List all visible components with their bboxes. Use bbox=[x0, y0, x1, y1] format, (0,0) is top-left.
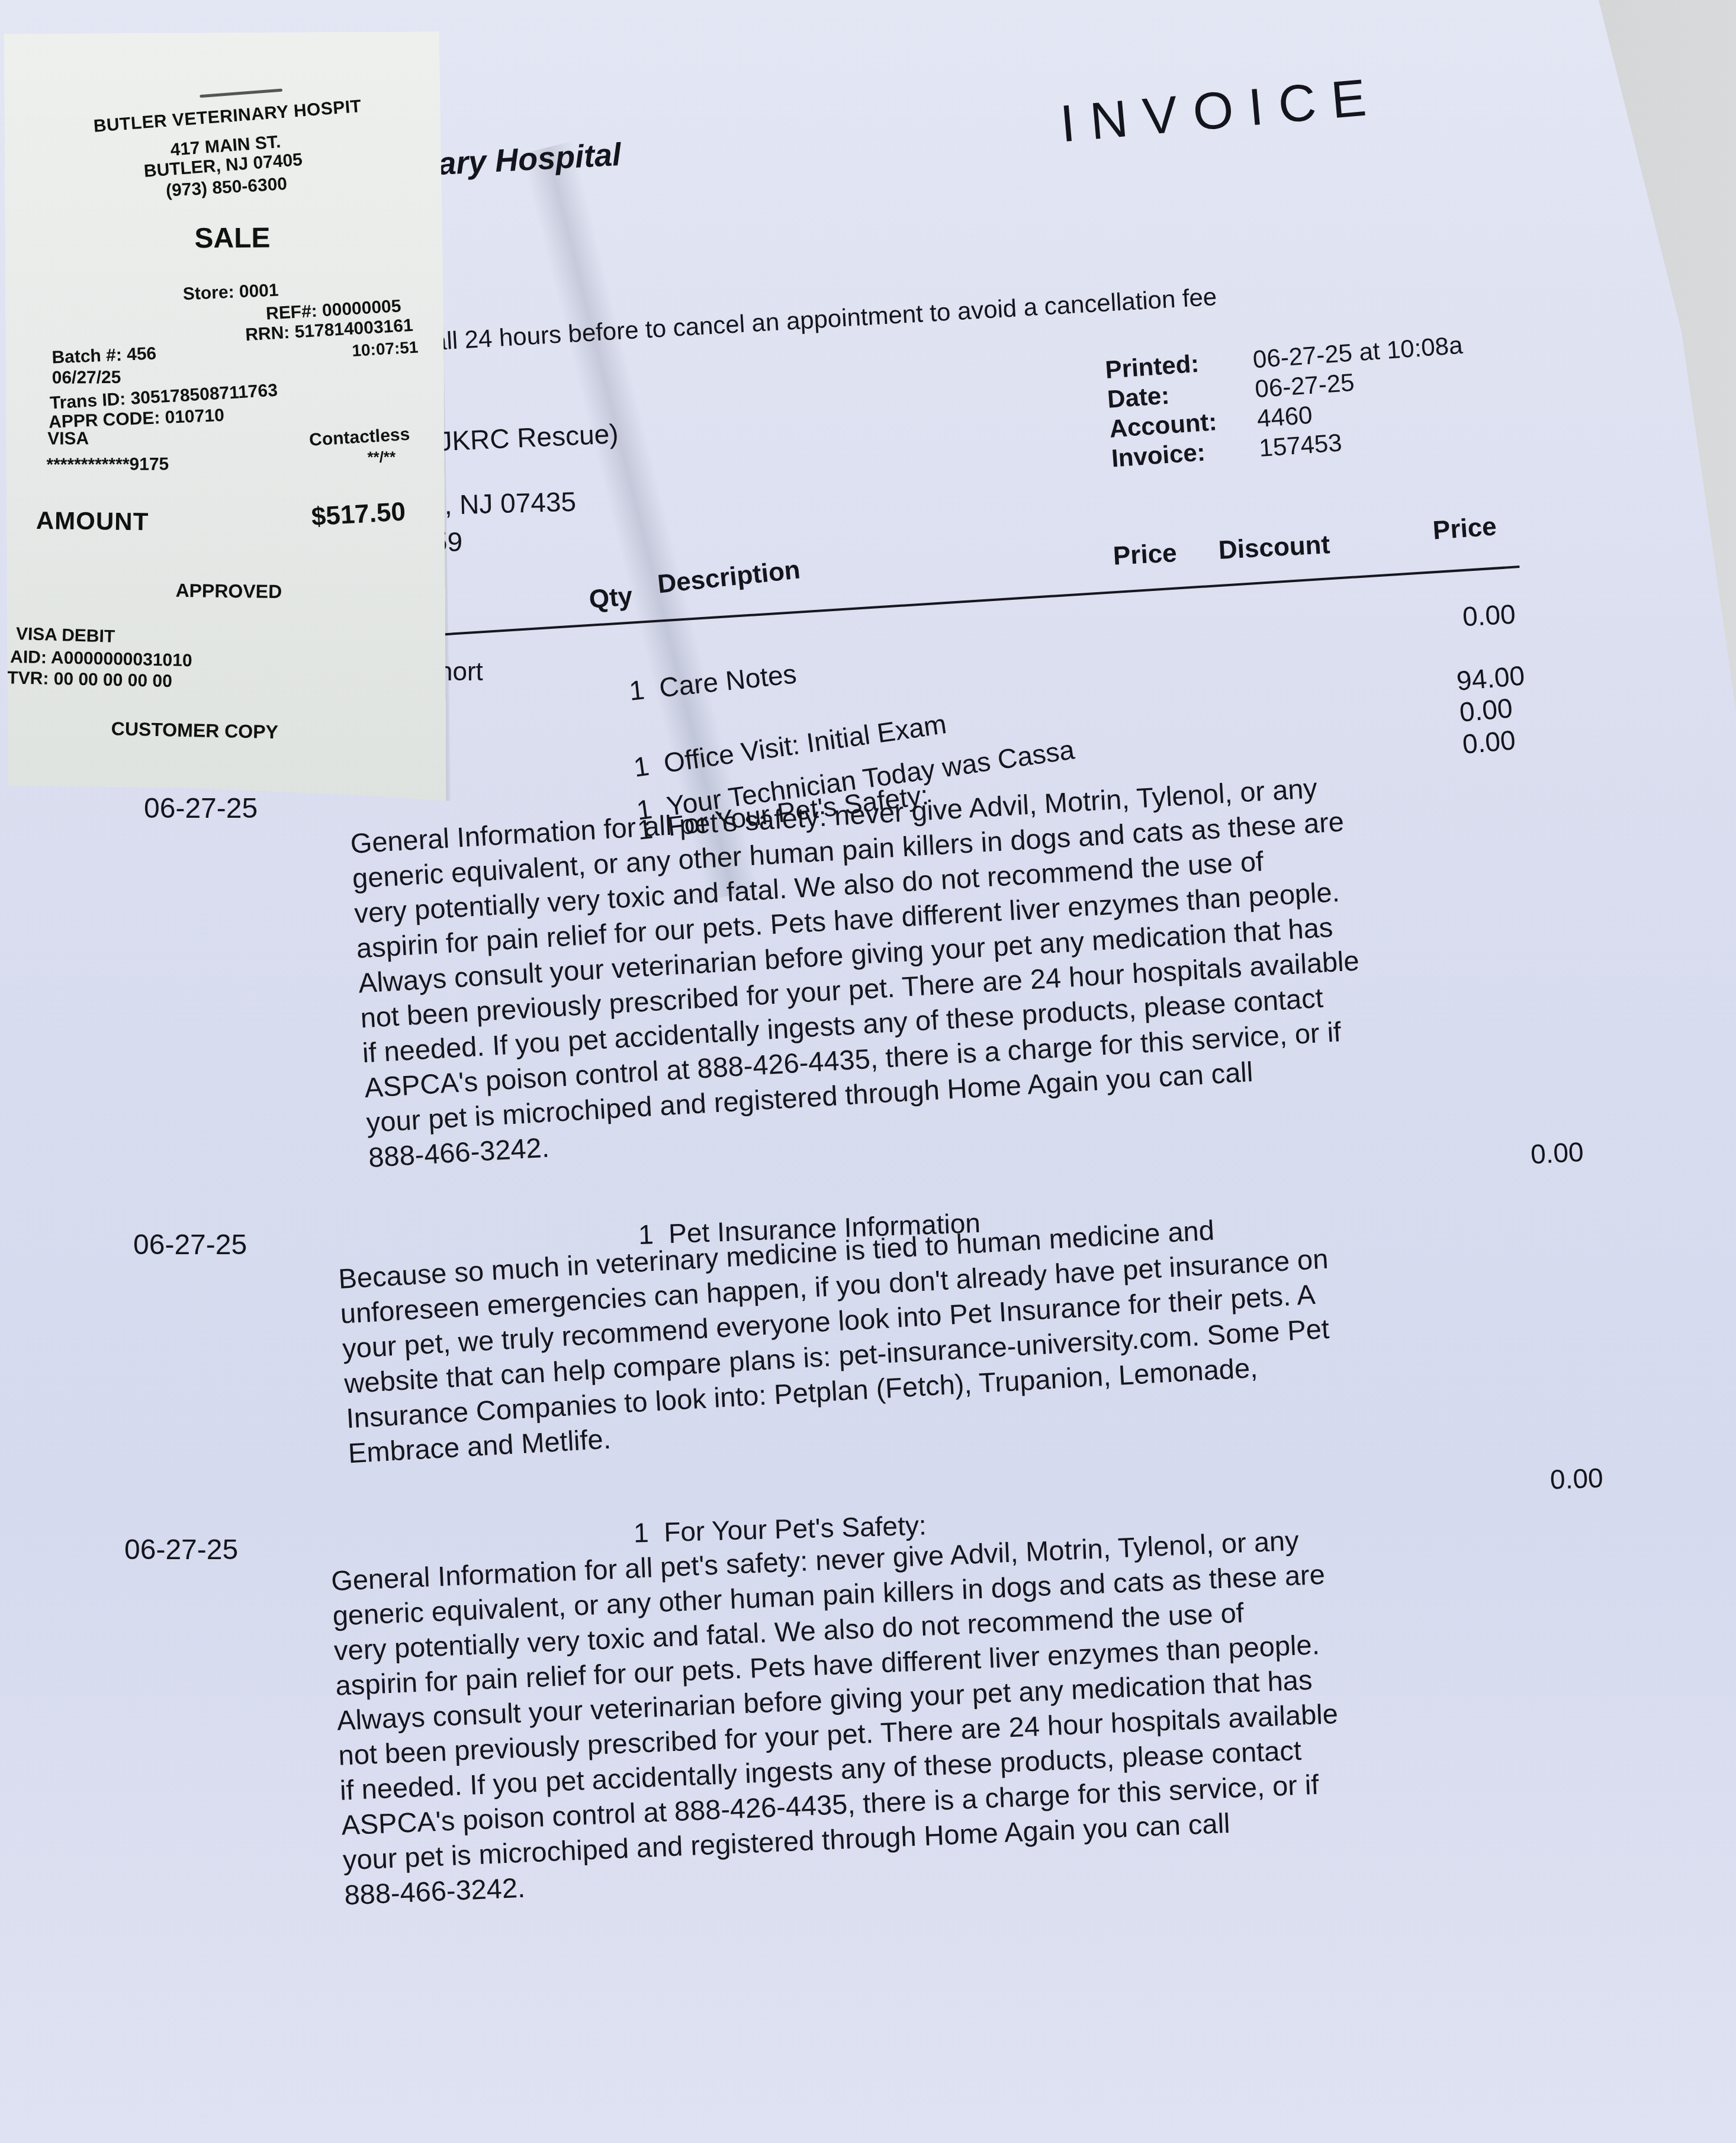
receipt-entry-mode: Contactless bbox=[308, 425, 410, 451]
receipt-store: Store: 0001 bbox=[182, 281, 279, 304]
line-price: 94.00 bbox=[1455, 659, 1526, 697]
receipt-date: 06/27/25 bbox=[52, 368, 121, 388]
receipt-card-number: ************9175 bbox=[46, 454, 169, 475]
hospital-name: ary Hospital bbox=[438, 136, 622, 182]
receipt-expiry: **/** bbox=[367, 448, 396, 466]
column-header-qty: Qty bbox=[588, 581, 634, 615]
receipt-time: 10:07:51 bbox=[352, 338, 419, 360]
note-date: 06-27-25 bbox=[144, 792, 258, 825]
invoice-meta: Printed: 06-27-25 at 10:08a Date: 06-27-… bbox=[1104, 330, 1470, 474]
receipt-aid: AID: A0000000031010 bbox=[10, 647, 192, 671]
line-price: 0.00 bbox=[1461, 724, 1517, 760]
note-body: General Information for all pet's safety… bbox=[330, 1516, 1469, 1912]
note-body: General Information for all pet's safety… bbox=[349, 762, 1493, 1175]
receipt-card-type: VISA DEBIT bbox=[15, 624, 115, 647]
receipt-amount: $517.50 bbox=[311, 497, 407, 532]
line-price: 0.00 bbox=[1462, 598, 1516, 633]
note-price: 0.00 bbox=[1530, 1136, 1584, 1171]
receipt-batch: Batch #: 456 bbox=[52, 344, 157, 368]
column-header-price: Price bbox=[1113, 538, 1178, 571]
column-header-total-price: Price bbox=[1432, 512, 1497, 545]
receipt-merchant-name: BUTLER VETERINARY HOSPIT bbox=[93, 97, 362, 137]
card-receipt: BUTLER VETERINARY HOSPIT 417 MAIN ST. BU… bbox=[4, 31, 446, 804]
cancellation-notice: all 24 hours before to cancel an appoint… bbox=[432, 282, 1218, 356]
receipt-status: APPROVED bbox=[175, 580, 282, 603]
note-date: 06-27-25 bbox=[124, 1534, 238, 1566]
receipt-pen-mark bbox=[200, 89, 282, 98]
receipt-tvr: TVR: 00 00 00 00 00 bbox=[7, 668, 172, 692]
line-price: 0.00 bbox=[1458, 692, 1514, 728]
receipt-transaction-type: SALE bbox=[194, 222, 270, 255]
note-body: Because so much in veterinary medicine i… bbox=[337, 1199, 1473, 1471]
invoice-title: INVOICE bbox=[1058, 66, 1384, 154]
receipt-copy-label: CUSTOMER COPY bbox=[111, 718, 278, 743]
column-header-discount: Discount bbox=[1218, 530, 1331, 566]
note-price: 0.00 bbox=[1549, 1461, 1603, 1495]
receipt-card-brand: VISA bbox=[47, 429, 89, 449]
client-city: d, NJ 07435 bbox=[429, 486, 576, 521]
column-header-description: Description bbox=[656, 555, 802, 599]
receipt-amount-label: AMOUNT bbox=[36, 506, 149, 536]
note-date: 06-27-25 bbox=[133, 1229, 247, 1261]
client-name: (JKRC Rescue) bbox=[429, 417, 619, 458]
